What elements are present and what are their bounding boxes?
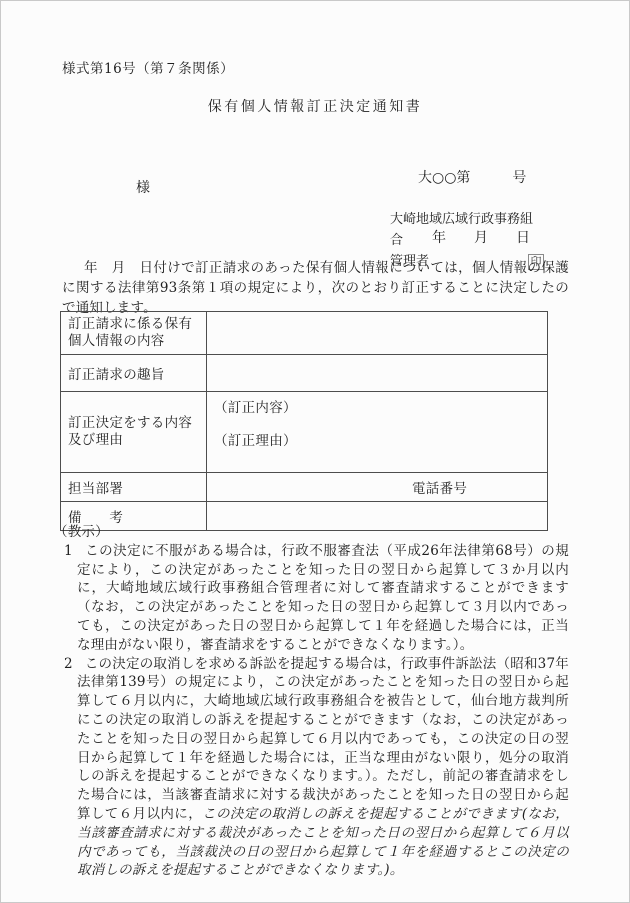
document-title: 保有個人情報訂正決定通知書 xyxy=(0,96,630,116)
table-row-retained-info: 訂正請求に係る保有個人情報の内容 xyxy=(61,312,548,355)
correction-reason-label: （訂正理由） xyxy=(214,429,541,449)
phone-number-label: 電話番号 xyxy=(207,473,548,502)
note-number: 2 xyxy=(64,656,73,672)
row-value xyxy=(207,355,548,392)
row-label: 訂正決定をする内容及び理由 xyxy=(61,392,207,473)
info-table: 訂正請求に係る保有個人情報の内容 訂正請求の趣旨 訂正決定をする内容及び理由 （… xyxy=(60,311,548,531)
table-row-request-purport: 訂正請求の趣旨 xyxy=(61,355,548,392)
note-text: この決定の取消しを求める訴訟を提起する場合は，行政事件訴訟法（昭和37年法律第1… xyxy=(77,656,569,822)
form-number: 様式第16号（第７条関係） xyxy=(62,57,234,77)
note-item-1: 1この決定に不服がある場合は，行政不服審査法（平成26年法律第68号）の規定によ… xyxy=(62,542,569,655)
intro-paragraph: 年 月 日付けで訂正請求のあった保有個人情報については，個人情報の保護に関する法… xyxy=(62,258,569,318)
row-value xyxy=(207,312,548,355)
document-number-line: 大○○第 号 xyxy=(418,168,530,188)
row-value: （訂正内容） （訂正理由） xyxy=(207,392,548,473)
row-label: 訂正請求に係る保有個人情報の内容 xyxy=(61,312,207,355)
issuer-organization: 大崎地域広域行政事務組合 xyxy=(390,209,544,251)
note-number: 1 xyxy=(64,543,73,559)
addressee-suffix: 様 xyxy=(136,177,150,197)
table-row-decision-content: 訂正決定をする内容及び理由 （訂正内容） （訂正理由） xyxy=(61,392,548,473)
row-label: 担当部署 xyxy=(61,473,207,502)
notes-heading: （教示） xyxy=(62,523,569,542)
notes-section: （教示） 1この決定に不服がある場合は，行政不服審査法（平成26年法律第68号）… xyxy=(62,523,569,880)
table-row-department: 担当部署 電話番号 xyxy=(61,473,548,502)
row-label: 訂正請求の趣旨 xyxy=(61,355,207,392)
note-text: この決定に不服がある場合は，行政不服審査法（平成26年法律第68号）の規定により… xyxy=(77,543,569,653)
correction-content-label: （訂正内容） xyxy=(214,396,541,416)
note-item-2: 2この決定の取消しを求める訴訟を提起する場合は，行政事件訴訟法（昭和37年法律第… xyxy=(62,655,569,881)
document-page: 様式第16号（第７条関係） 保有個人情報訂正決定通知書 大○○第 号 年 月 日… xyxy=(0,0,630,903)
